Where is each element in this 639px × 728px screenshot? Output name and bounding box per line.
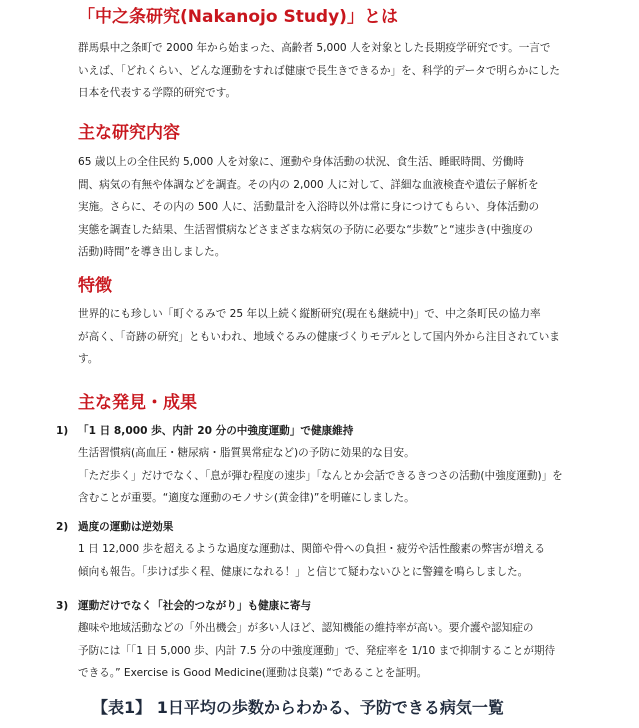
text-line: 予防には「「1 日 5,000 歩、内計 7.5 分の中強度運動」で、発症率を … [78, 640, 555, 663]
text-line: 世界的にも珍しい「町ぐるみで 25 年以上続く縦断研究(現在も継続中)」で、中之… [78, 303, 578, 326]
text-line: 日本を代表する学際的研究です。 [78, 82, 578, 105]
text-line: 実態を調査した結果、生活習慣病などさまざまな病気の予防に必要な“歩数”と“速歩き… [78, 219, 578, 242]
document-page: 「中之条研究(Nakanojo Study)」とは 群馬県中之条町で 2000 … [0, 0, 639, 728]
finding-title: 過度の運動は逆効果 [78, 516, 173, 538]
text-line: 含むことが重要。“適度な運動のモノサシ(黄金律)”を明確にしました。 [78, 487, 563, 510]
text-line: 傾向も報告。「歩けば歩く程、健康になれる！」と信じて疑わないひとに警鐘を鳴らしま… [78, 561, 545, 584]
heading-features: 特徴 [78, 276, 112, 296]
text-line: 活動)時間”を導き出しました。 [78, 241, 578, 264]
finding-number: 1) [56, 420, 68, 442]
finding-body: 趣味や地域活動などの「外出機会」が多い人ほど、認知機能の維持率が高い。要介護や認… [78, 617, 555, 685]
finding-body: 1 日 12,000 歩を超えるような過度な運動は、関節や骨への負担・疲労や活性… [78, 538, 545, 583]
text-line: 生活習慣病(高血圧・糖尿病・脂質異常症など)の予防に効果的な目安。 [78, 442, 563, 465]
heading-findings: 主な発見・成果 [78, 393, 197, 413]
paragraph-research: 65 歳以上の全住民約 5,000 人を対象に、運動や身体活動の状況、食生活、睡… [78, 151, 578, 264]
finding-number: 2) [56, 516, 68, 538]
text-line: 1 日 12,000 歩を超えるような過度な運動は、関節や骨への負担・疲労や活性… [78, 538, 545, 561]
text-line: が高く、「奇跡の研究」ともいわれ、地域ぐるみの健康づくりモデルとして国内外から注… [78, 326, 578, 349]
finding-number: 3) [56, 595, 68, 617]
heading-about: 「中之条研究(Nakanojo Study)」とは [78, 7, 398, 27]
text-line: 「ただ歩く」だけでなく、「息が弾む程度の速歩」「なんとか会話できるきつさの活動(… [78, 465, 563, 488]
text-line: できる。” Exercise is Good Medicine(運動は良薬) “… [78, 662, 555, 685]
finding-body: 生活習慣病(高血圧・糖尿病・脂質異常症など)の予防に効果的な目安。 「ただ歩く」… [78, 442, 563, 510]
text-line: いえば、「どれくらい、どんな運動をすれば健康で長生きできるか」を、科学的データで… [78, 60, 578, 83]
text-line: す。 [78, 348, 578, 371]
paragraph-about: 群馬県中之条町で 2000 年から始まった、高齢者 5,000 人を対象とした長… [78, 37, 578, 105]
text-line: 間、病気の有無や体調などを調査。その内の 2,000 人に対して、詳細な血液検査… [78, 174, 578, 197]
finding-title: 「1 日 8,000 歩、内計 20 分の中強度運動」で健康維持 [78, 420, 353, 442]
text-line: 65 歳以上の全住民約 5,000 人を対象に、運動や身体活動の状況、食生活、睡… [78, 151, 578, 174]
finding-title: 運動だけでなく「社会的つながり」も健康に寄与 [78, 595, 311, 617]
text-line: 群馬県中之条町で 2000 年から始まった、高齢者 5,000 人を対象とした長… [78, 37, 578, 60]
table-title: 【表1】 1日平均の歩数からわかる、予防できる病気一覧 [92, 697, 504, 719]
heading-research: 主な研究内容 [78, 123, 180, 143]
paragraph-features: 世界的にも珍しい「町ぐるみで 25 年以上続く縦断研究(現在も継続中)」で、中之… [78, 303, 578, 371]
text-line: 実施。さらに、その内の 500 人に、活動量計を入浴時以外は常に身につけてもらい… [78, 196, 578, 219]
text-line: 趣味や地域活動などの「外出機会」が多い人ほど、認知機能の維持率が高い。要介護や認… [78, 617, 555, 640]
